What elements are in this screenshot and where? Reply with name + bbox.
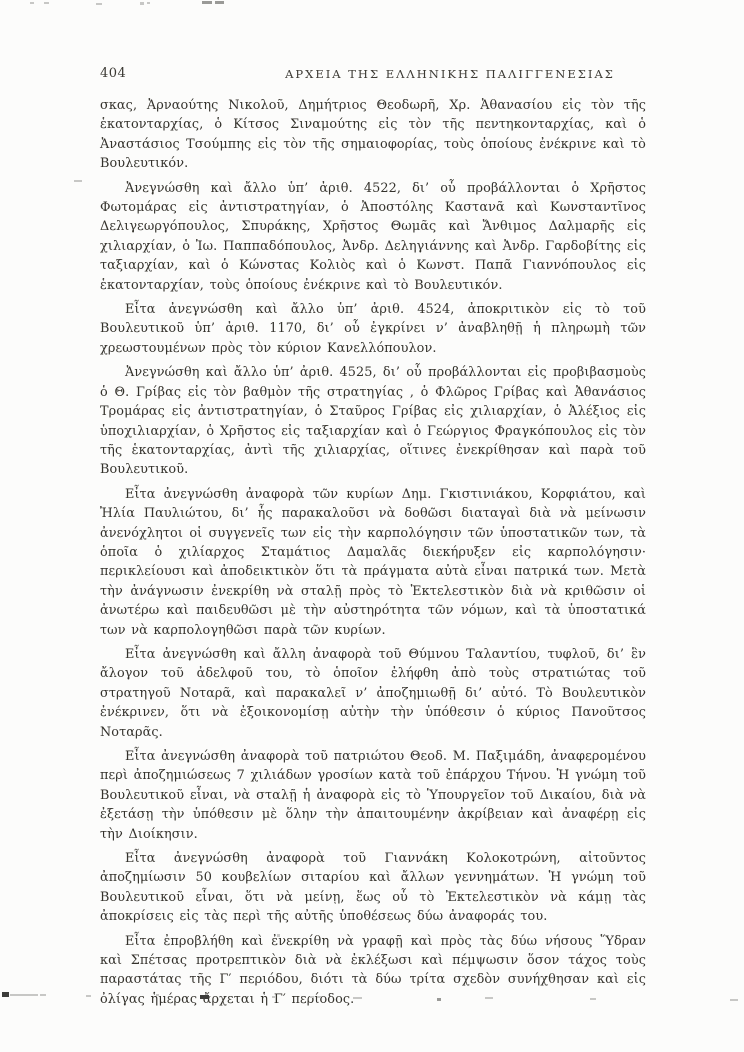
paragraph: Ἀνεγνώσθη καὶ ἄλλο ὑπ’ ἀριθ. 4525, δι’ ο… <box>100 363 646 479</box>
scan-artifact <box>2 992 9 997</box>
body-text: σκας, Ἀρναούτης Νικολοῦ, Δημήτριος Θεοδω… <box>100 96 646 1014</box>
scan-artifact <box>730 999 738 1001</box>
scan-artifact <box>96 3 102 5</box>
scan-artifact <box>10 994 38 996</box>
scan-artifact <box>30 2 34 4</box>
scan-artifact <box>215 1 224 4</box>
paragraph: Ἀνεγνώσθη καὶ ἄλλο ὑπ’ ἀριθ. 4522, δι’ ο… <box>100 179 646 295</box>
paragraph: Εἶτα ἀνεγνώσθη καὶ ἄλλη ἀναφορὰ τοῦ Θύμν… <box>100 645 646 742</box>
running-header: 404 ΑΡΧΕΙΑ ΤΗΣ ΕΛΛΗΝΙΚΗΣ ΠΑΛΙΓΓΕΝΕΣΙΑΣ <box>0 66 744 86</box>
paragraph: Εἶτα ἀνεγνώσθη ἀναφορὰ τοῦ πατριώτου Θεο… <box>100 747 646 844</box>
paragraph: Εἶτα ἀνεγνώσθη καὶ ἄλλο ὑπ’ ἀριθ. 4524, … <box>100 300 646 358</box>
scan-artifact <box>74 180 82 182</box>
scan-artifact <box>40 994 46 996</box>
running-title: ΑΡΧΕΙΑ ΤΗΣ ΕΛΛΗΝΙΚΗΣ ΠΑΛΙΓΓΕΝΕΣΙΑΣ <box>285 67 615 81</box>
paragraph: Εἶτα ἀνεγνώσθη ἀναφορὰ τῶν κυρίων Δημ. Γ… <box>100 485 646 640</box>
scan-artifact <box>147 2 150 4</box>
document-page: 404 ΑΡΧΕΙΑ ΤΗΣ ΕΛΛΗΝΙΚΗΣ ΠΑΛΙΓΓΕΝΕΣΙΑΣ σ… <box>0 0 744 1052</box>
paragraph: Εἶτα ἐπροβλήθη καὶ ἐνεκρίθη νὰ γραφῇ καὶ… <box>100 932 646 1010</box>
paragraph: Εἶτα ἀνεγνώσθη ἀναφορὰ τοῦ Γιαννάκη Κολο… <box>100 849 646 927</box>
scan-artifact <box>202 1 212 4</box>
scan-artifact <box>140 2 144 5</box>
page-number: 404 <box>100 66 126 81</box>
scan-artifact <box>44 2 49 4</box>
paragraph: σκας, Ἀρναούτης Νικολοῦ, Δημήτριος Θεοδω… <box>100 96 646 174</box>
scan-artifact <box>86 995 91 997</box>
